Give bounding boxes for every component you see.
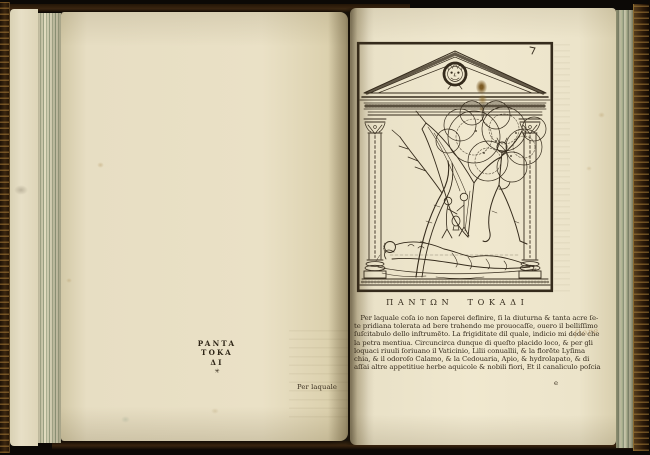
signature-mark: e [554,379,558,387]
greek-caption: ΠΑΝΤΩΝ ΤΟΚΑΔΙ [356,297,554,307]
text-line: Per laquale coſa io non ſaperei definire… [354,314,614,322]
text-line: chia, & il odoroſo Calamo, & la Cedouari… [354,355,614,363]
text-line: la petra mentiua. Circuncirca dunque di … [354,339,614,347]
book-photograph: lute trore ſopra il pãno ſoppreſſo, inun… [0,0,650,455]
flyleaf [10,9,38,446]
woodcut-svg [356,41,554,293]
binding-right-gold-tooling [633,4,649,451]
binding-left-gold-tooling [0,2,10,453]
page-edges-right [616,10,633,448]
foxing-spot [586,166,592,171]
page-edges-left [38,13,61,443]
text-line: loquaci riuuli ſoriuano il Vaticinio, Li… [354,347,614,355]
satyr-and-nymph-woodcut [356,41,554,293]
foxing-spot [598,112,605,118]
left-page: lute trore ſopra il pãno ſoppreſſo, inun… [61,12,348,441]
foxing-spot [66,278,72,283]
ink-showthrough [554,44,570,292]
flyleaf-smudge [14,185,28,195]
foxing-spot [97,162,104,168]
ink-showthrough [289,330,348,418]
right-page-text-block: Per laquale coſa io non ſaperei definire… [354,314,614,371]
text-line: aſſai altre appetitiue herbe aquicole & … [354,363,614,371]
right-page: ΠΑΝΤΩΝ ΤΟΚΑΔΙ Per laquale coſa io non ſa… [350,8,616,445]
foxing-spot [121,416,130,423]
foxing-spot [211,408,219,414]
